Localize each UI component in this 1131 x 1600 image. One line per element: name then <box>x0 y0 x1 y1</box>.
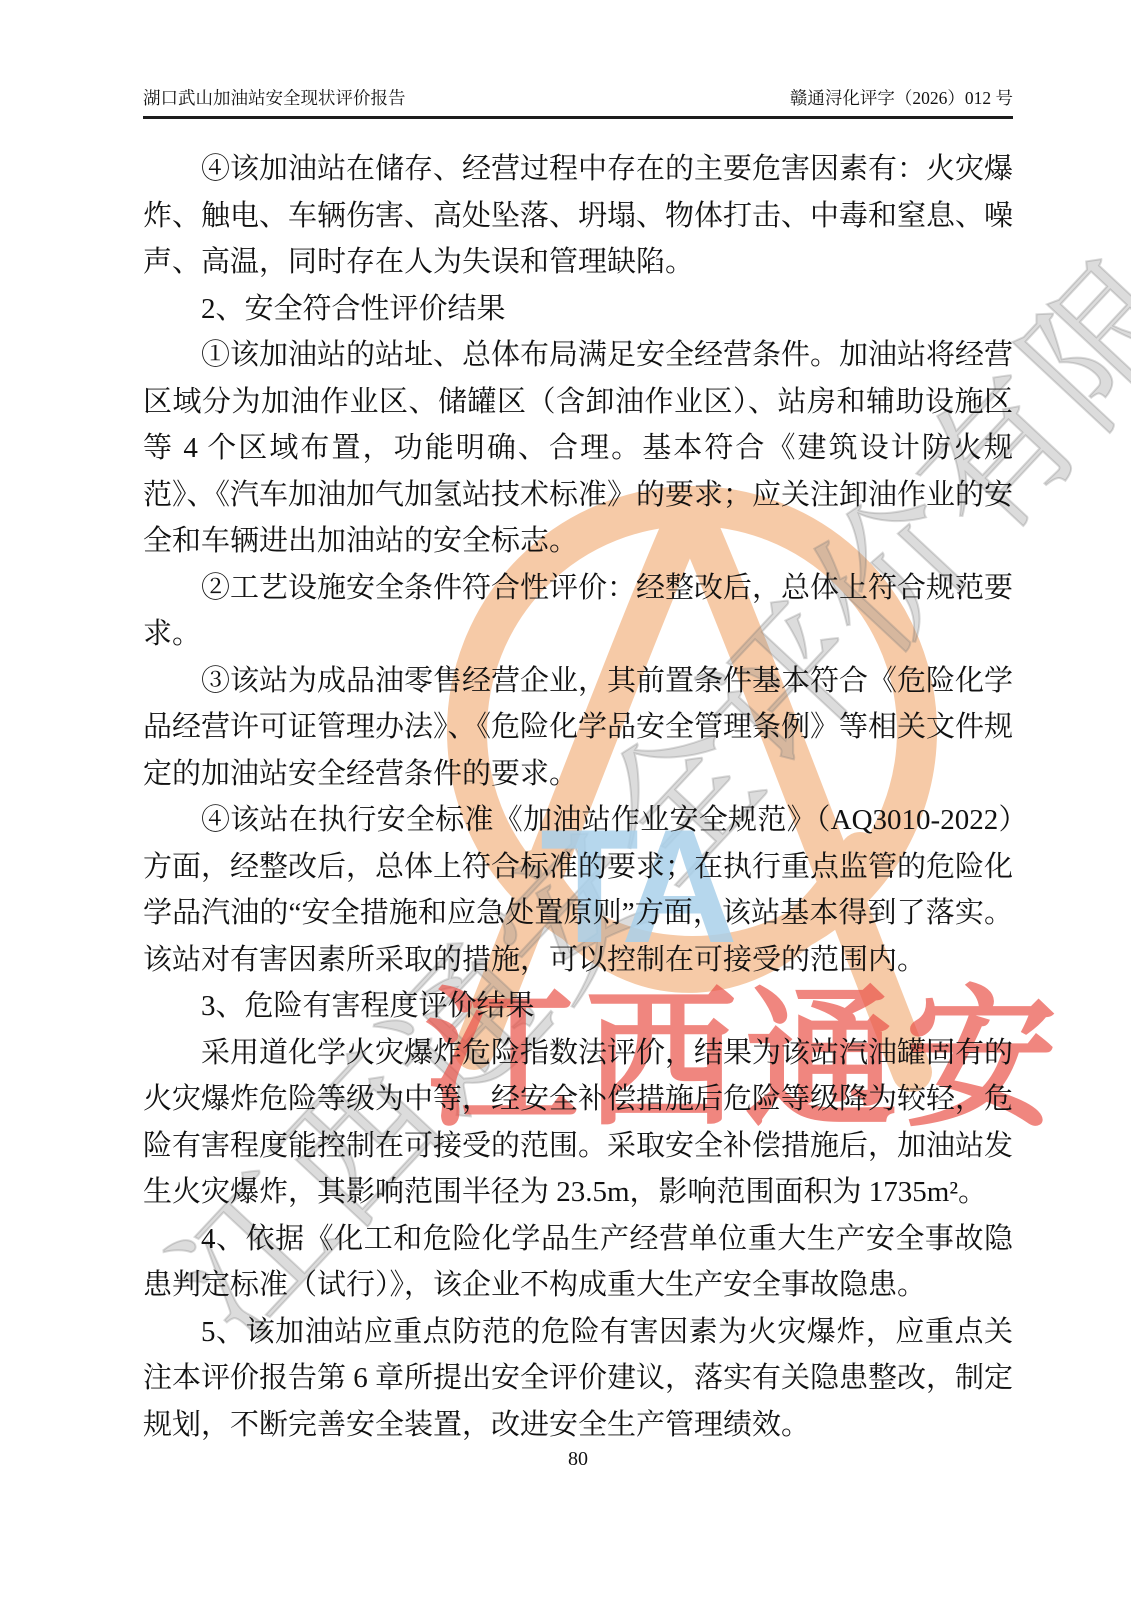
header-rule <box>143 116 1013 119</box>
body-paragraph: 4、依据《化工和危险化学品生产经营单位重大生产安全事故隐患判定标准（试行）》，该… <box>143 1216 1013 1309</box>
body-paragraph: ①该加油站的站址、总体布局满足安全经营条件。加油站将经营区域分为加油作业区、储罐… <box>143 332 1013 565</box>
body-paragraph: 5、该加油站应重点防范的危险有害因素为火灾爆炸，应重点关注本评价报告第 6 章所… <box>143 1309 1013 1449</box>
page-header: 湖口武山加油站安全现状评价报告 赣通浔化评字（2026）012 号 <box>143 86 1013 111</box>
body-paragraph: ②工艺设施安全条件符合性评价：经整改后，总体上符合规范要求。 <box>143 565 1013 658</box>
page-number: 80 <box>143 1448 1013 1471</box>
header-document-number: 赣通浔化评字（2026）012 号 <box>790 86 1013 111</box>
body-paragraph: ④该站在执行安全标准《加油站作业安全规范》（AQ3010-2022）方面，经整改… <box>143 797 1013 983</box>
body-paragraph: 采用道化学火灾爆炸危险指数法评价，结果为该站汽油罐固有的火灾爆炸危险等级为中等，… <box>143 1030 1013 1216</box>
header-report-title: 湖口武山加油站安全现状评价报告 <box>143 86 406 111</box>
body-text: ④该加油站在储存、经营过程中存在的主要危害因素有：火灾爆炸、触电、车辆伤害、高处… <box>143 146 1013 1448</box>
section-heading: 3、危险有害程度评价结果 <box>143 983 1013 1030</box>
report-page: 江西通安全评价有限公司 TA 江西通安 湖口武山加油站安全现状评价报告 赣通浔化… <box>0 0 1131 1600</box>
section-heading: 2、安全符合性评价结果 <box>143 286 1013 333</box>
body-paragraph: ④该加油站在储存、经营过程中存在的主要危害因素有：火灾爆炸、触电、车辆伤害、高处… <box>143 146 1013 286</box>
body-paragraph: ③该站为成品油零售经营企业，其前置条件基本符合《危险化学品经营许可证管理办法》、… <box>143 658 1013 798</box>
